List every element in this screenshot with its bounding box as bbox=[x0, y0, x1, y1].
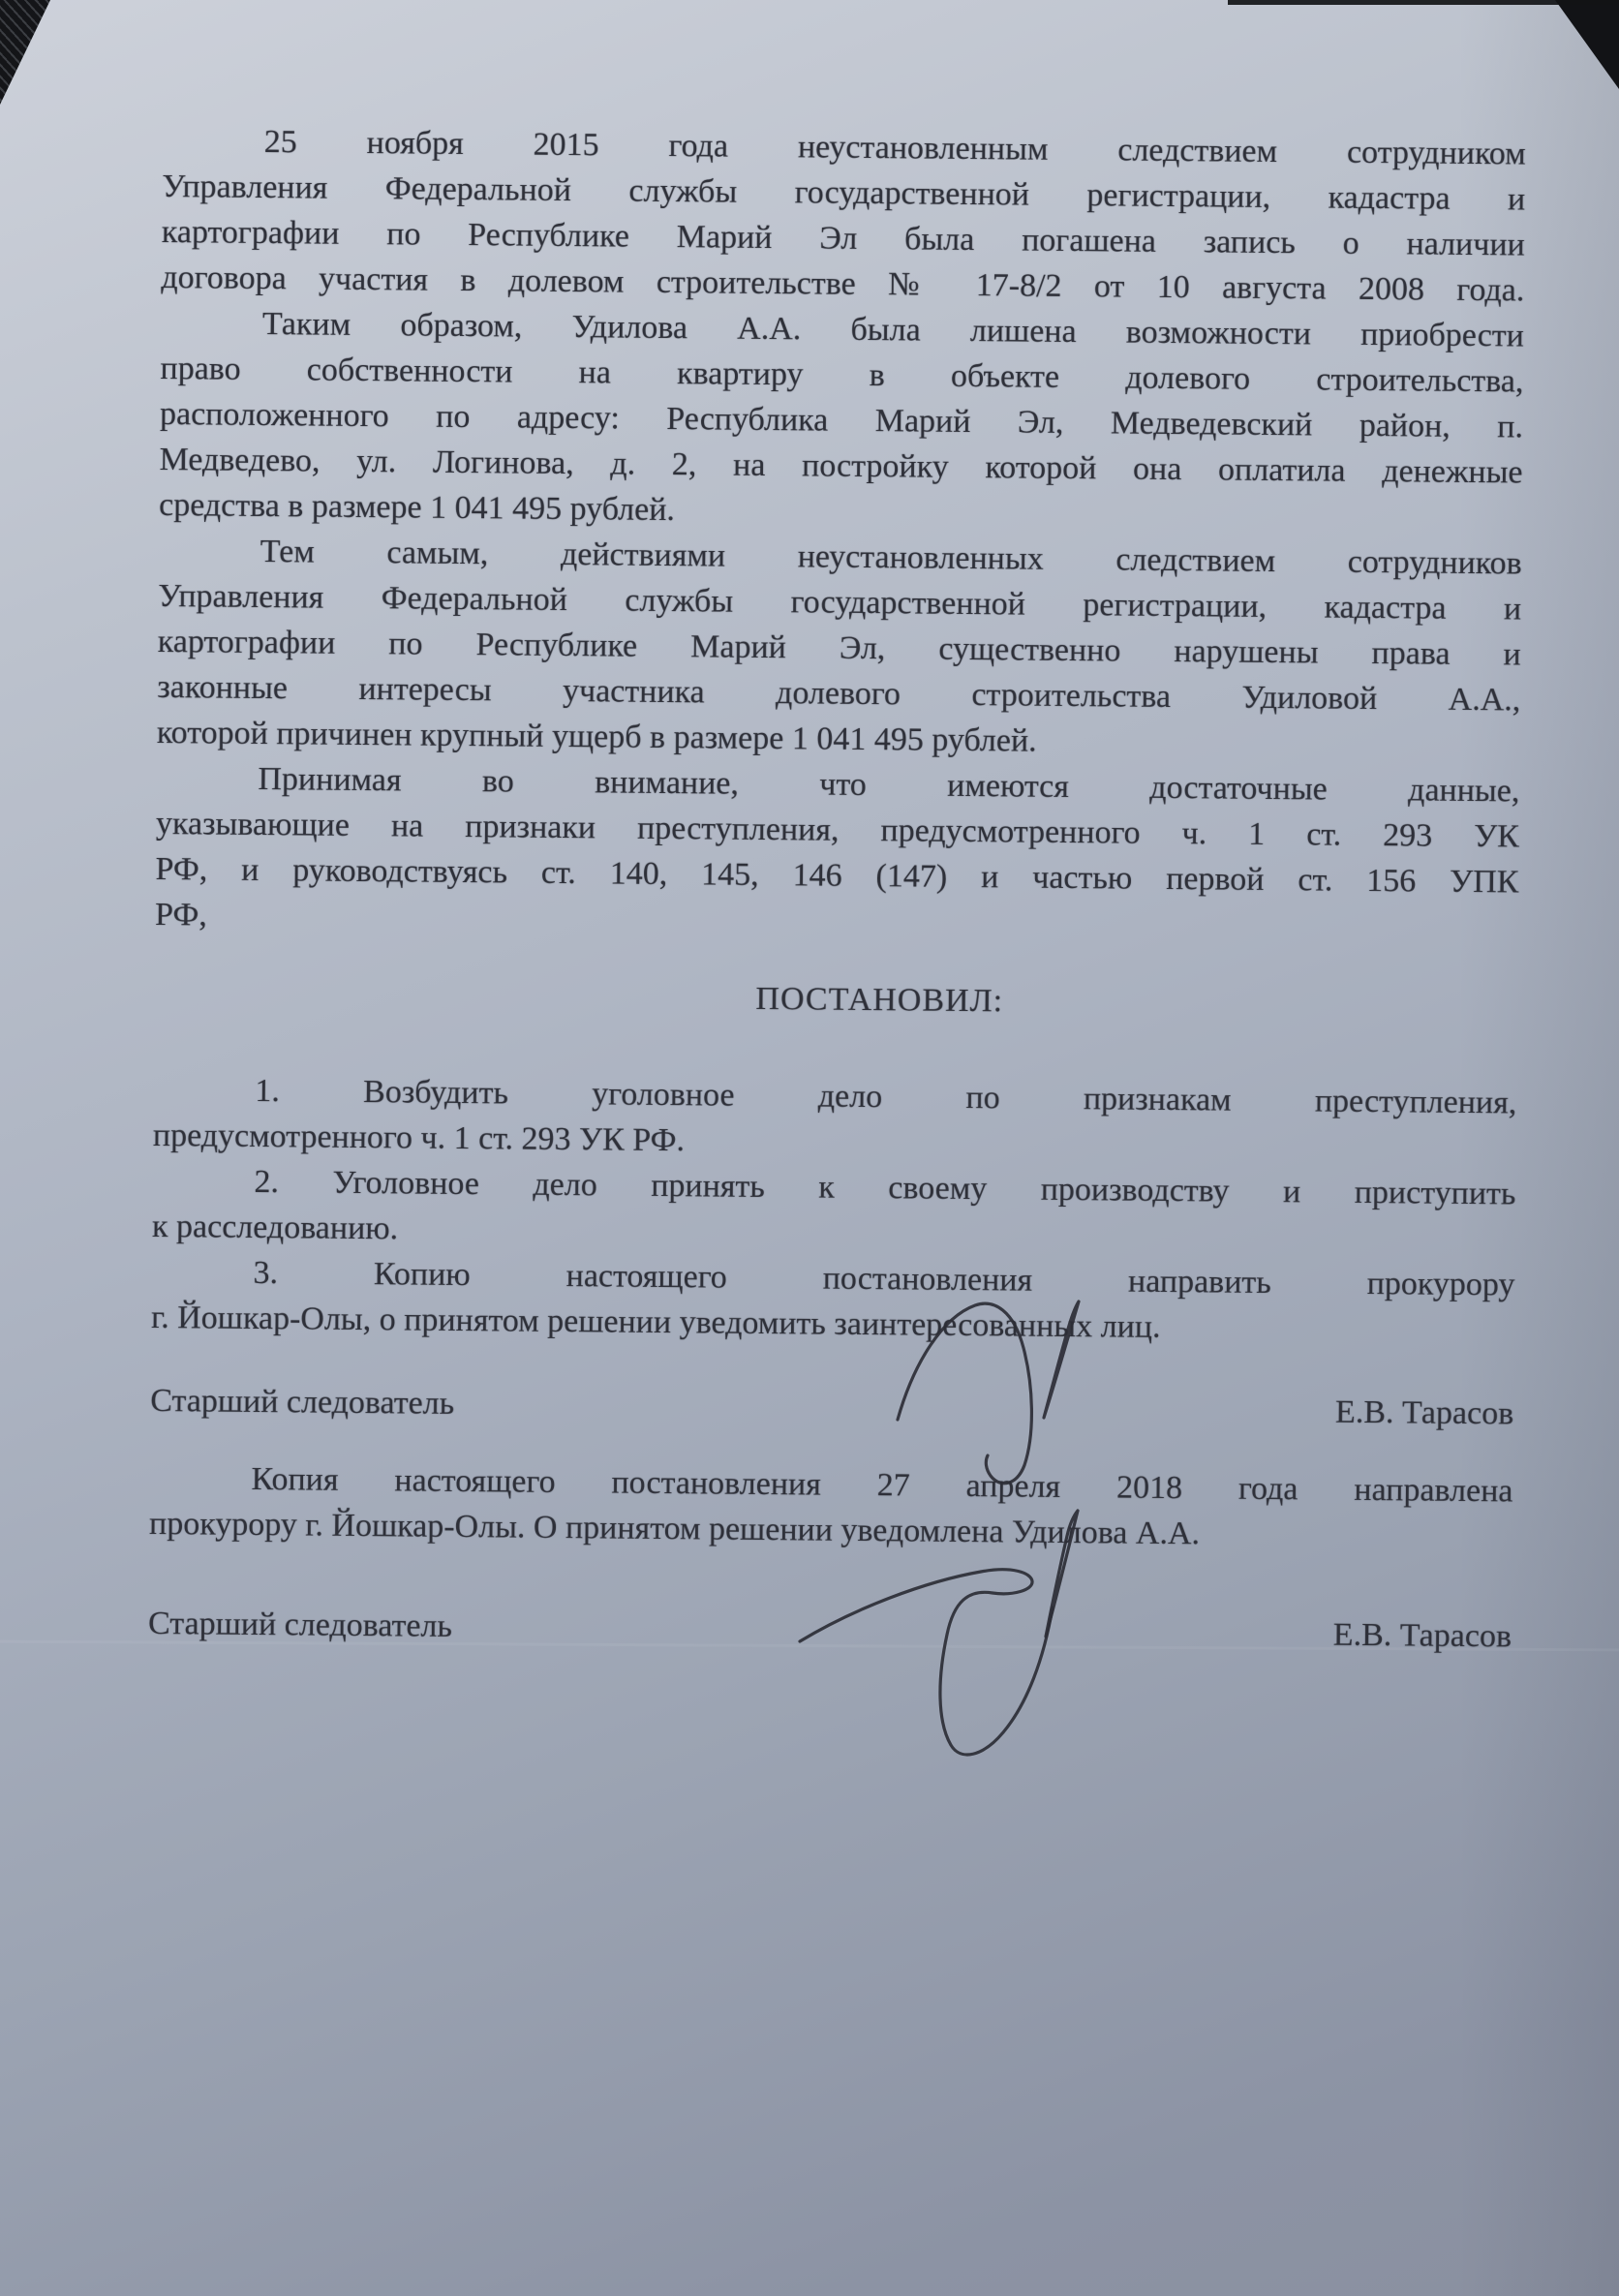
resolution-heading: ПОСТАНОВИЛ: bbox=[198, 970, 1561, 1029]
signature-row-1: Старший следователь Е.В. Тарасов bbox=[150, 1378, 1513, 1437]
signatory-title: Старший следователь bbox=[148, 1601, 452, 1649]
signatory-title: Старший следователь bbox=[150, 1378, 454, 1426]
signatory-name: Е.В. Тарасов bbox=[1333, 1612, 1512, 1660]
photo-background-top-edge bbox=[1228, 0, 1619, 5]
signatory-name: Е.В. Тарасов bbox=[1335, 1390, 1514, 1437]
document-text: 25 ноября 2015 года неустановленным след… bbox=[148, 118, 1526, 1659]
